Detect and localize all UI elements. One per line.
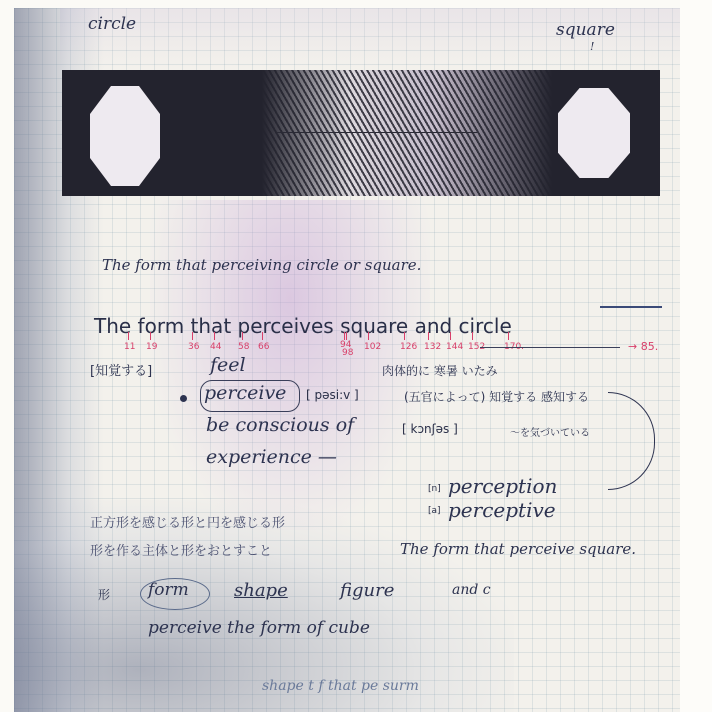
measure-label: 144 (446, 342, 463, 352)
measure-tick (368, 332, 369, 340)
measure-tick (192, 332, 193, 340)
perceptive-tag: [a] (428, 506, 441, 516)
jp-line-2: 形を作る主体と形をおとすこと (90, 540, 272, 559)
measure-tick (128, 332, 129, 340)
page-margin (680, 0, 712, 712)
measure-tick (214, 332, 215, 340)
measure-tick (346, 332, 347, 340)
conscious-jp: 〜を気づいている (510, 424, 590, 439)
word-experience: experience — (206, 446, 337, 468)
measure-label: 126 (400, 342, 417, 352)
measure-tick (242, 332, 243, 340)
measure-tick (150, 332, 151, 340)
measure-label: 66 (258, 342, 269, 352)
conscious-ipa: [ kɔnʃəs ] (402, 422, 458, 436)
ink-band (62, 70, 660, 196)
feel-jp: 肉体的に 寒暑 いたみ (382, 362, 498, 379)
word-perception: perception (448, 474, 557, 498)
measure-label: 98 (342, 348, 353, 358)
word-perceptive: perceptive (448, 498, 556, 522)
phrase-conscious: be conscious of (206, 414, 354, 436)
measure-tick (344, 332, 345, 340)
measure-label: 36 (188, 342, 199, 352)
measure-label: 44 (210, 342, 221, 352)
hatched-transition (262, 70, 552, 196)
measure-arrow: → 85. (628, 340, 658, 353)
word-figure: figure (340, 580, 394, 601)
label-circle: circle (88, 14, 136, 34)
measure-tick (404, 332, 405, 340)
measure-label: 102 (364, 342, 381, 352)
measure-label: 11 (124, 342, 135, 352)
measure-label: 132 (424, 342, 441, 352)
word-perceive: perceive (204, 382, 286, 404)
measure-tick (428, 332, 429, 340)
measure-label: 19 (146, 342, 157, 352)
jp-line-1: 正方形を感じる形と円を感じる形 (90, 512, 285, 531)
bullet-dot (180, 395, 187, 402)
note-line-1: The form that perceiving circle or squar… (102, 256, 421, 274)
measure-axis (480, 347, 620, 348)
label-square-mark: ! (590, 40, 594, 53)
measure-tick (450, 332, 451, 340)
blue-stroke (600, 306, 662, 308)
ink-line (277, 132, 477, 133)
note-form-square: The form that perceive square. (400, 540, 636, 558)
label-square: square (556, 20, 615, 40)
perceive-jp: (五官によって) 知覚する 感知する (404, 388, 589, 405)
perceive-ipa: [ pəsi:v ] (306, 388, 359, 402)
measure-tick (472, 332, 473, 340)
measure-tick (508, 332, 509, 340)
word-form: form (148, 580, 189, 600)
word-feel: feel (210, 354, 246, 376)
perception-tag: [n] (428, 484, 441, 494)
bracket-jp: [知覚する] (90, 360, 152, 379)
note-bottom: shape t f that pe surm (262, 678, 419, 694)
note-and-c: and c (452, 582, 491, 598)
measure-label: 58 (238, 342, 249, 352)
word-shape: shape (234, 580, 288, 601)
measure-tick (262, 332, 263, 340)
shape-jp: 形 (98, 586, 110, 603)
octagon-left (90, 86, 160, 186)
octagon-right (558, 88, 630, 178)
note-cube: perceive the form of cube (148, 618, 370, 638)
